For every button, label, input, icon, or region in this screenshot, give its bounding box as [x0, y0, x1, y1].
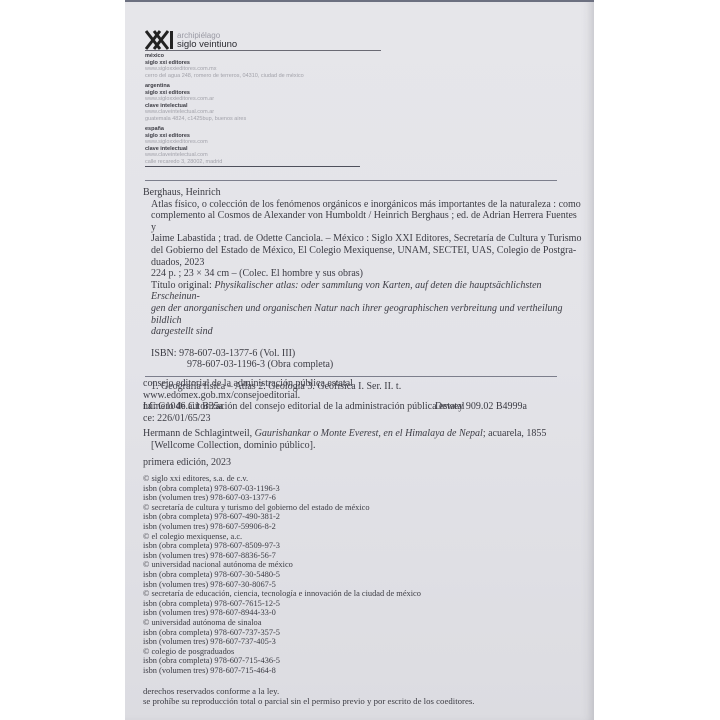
copyright-line: isbn (obra completa) 978-607-737-357-5 — [143, 628, 421, 638]
publisher-argentina: argentina siglo xxi editores www.sigloxx… — [145, 83, 345, 122]
copyright-line: © el colegio mexiquense, a.c. — [143, 532, 421, 542]
copyright-line: isbn (volumen tres) 978-607-715-464-8 — [143, 666, 421, 676]
siglo-xxi-logo-icon — [145, 30, 175, 50]
copyright-line: isbn (obra completa) 978-607-8509-97-3 — [143, 541, 421, 551]
catalog-top-rule — [145, 180, 557, 181]
publisher-spain: españa siglo xxi editores www.sigloxxied… — [145, 126, 345, 165]
copyright-line: isbn (obra completa) 978-607-715-436-5 — [143, 656, 421, 666]
isbn-label: ISBN: — [151, 348, 179, 359]
cover-medium: ; acuarela, 1855 — [483, 428, 547, 439]
copyright-line: isbn (volumen tres) 978-607-30-8067-5 — [143, 580, 421, 590]
publisher-mexico: méxico siglo xxi editores www.sigloxxied… — [145, 53, 345, 79]
copyright-list: © siglo xxi editores, s.a. de c.v.isbn (… — [143, 474, 421, 675]
rights-line: derechos reservados conforme a la ley. — [143, 686, 475, 696]
copyright-line: © secretaría de cultura y turismo del go… — [143, 503, 421, 513]
isbn-complete: 978-607-03-1196-3 (Obra completa) — [151, 359, 583, 371]
description-line: del Gobierno del Estado de México, El Co… — [151, 245, 583, 257]
copyright-line: © siglo xxi editores, s.a. de c.v. — [143, 474, 421, 484]
copyright-line: isbn (obra completa) 978-607-30-5480-5 — [143, 570, 421, 580]
original-title-label: Título original: — [151, 280, 214, 291]
copyright-line: © universidad nacional autónoma de méxic… — [143, 560, 421, 570]
cover-credit: Hermann de Schlagintweil, Gaurishankar o… — [143, 428, 583, 440]
description-line: Atlas físico, o colección de los fenómen… — [151, 199, 583, 211]
copyright-line: isbn (volumen tres) 978-607-737-405-3 — [143, 637, 421, 647]
copyright-line: isbn (volumen tres) 978-607-8836-56-7 — [143, 551, 421, 561]
catalog-original-title: Título original: Physikalischer atlas: o… — [151, 280, 583, 303]
copyright-line: isbn (obra completa) 978-607-490-381-2 — [143, 512, 421, 522]
publisher-address: calle recaredo 3, 28002, madrid — [145, 159, 345, 166]
description-line: Jaime Labastida ; trad. de Odette Cancio… — [151, 233, 583, 245]
editorial-credits: consejo editorial de la administración p… — [143, 378, 583, 452]
cover-artist: Hermann de Schlagintweil, — [143, 428, 255, 439]
copyright-line: © colegio de posgraduados — [143, 647, 421, 657]
copyright-line: isbn (volumen tres) 978-607-59906-8-2 — [143, 522, 421, 532]
copyright-line: isbn (volumen tres) 978-607-8944-33-0 — [143, 608, 421, 618]
book-page: archipiélago siglo veintiuno méxico sigl… — [125, 0, 594, 720]
rights-notice: derechos reservados conforme a la ley. s… — [143, 686, 475, 707]
credit-line: ce: 226/01/65/23 — [143, 413, 583, 425]
address-divider — [145, 166, 360, 167]
copyright-line: © secretaría de educación, ciencia, tecn… — [143, 589, 421, 599]
cover-title: Gaurishankar o Monte Everest, en el Hima… — [255, 428, 483, 439]
original-title-text: gen der anorganischen und organischen Na… — [151, 303, 563, 326]
catalog-description: Atlas físico, o colección de los fenómen… — [143, 199, 583, 393]
copyright-line: isbn (obra completa) 978-607-03-1196-3 — [143, 484, 421, 494]
credit-line: número de autorización del consejo edito… — [143, 401, 583, 413]
copyright-line: isbn (volumen tres) 978-607-03-1377-6 — [143, 493, 421, 503]
catalog-physical: 224 p. ; 23 × 34 cm – (Colec. El hombre … — [151, 268, 583, 280]
description-line: duados, 2023 — [151, 257, 583, 269]
description-line: complemento al Cosmos de Alexander von H… — [151, 210, 583, 233]
cover-source: [Wellcome Collection, dominio público]. — [143, 440, 583, 452]
publisher-logo: archipiélago siglo veintiuno — [145, 30, 237, 50]
publisher-address: guatemala 4824, c1425bup, buenos aires — [145, 116, 345, 123]
publisher-address: cerro del agua 248, romero de terreros, … — [145, 73, 345, 80]
page-top-edge — [125, 0, 594, 2]
copyright-line: isbn (obra completa) 978-607-7615-12-5 — [143, 599, 421, 609]
rights-line: se prohíbe su reproducción total o parci… — [143, 696, 475, 706]
credit-line: consejo editorial de la administración p… — [143, 378, 583, 390]
original-title-text: dargestellt sind — [151, 326, 213, 337]
logo-divider — [145, 50, 381, 51]
isbn-volume: 978-607-03-1377-6 (Vol. III) — [179, 348, 295, 359]
copyright-line: © universidad autónoma de sinaloa — [143, 618, 421, 628]
publisher-addresses: méxico siglo xxi editores www.sigloxxied… — [145, 53, 345, 169]
credit-line: www.edomex.gob.mx/consejoeditorial. — [143, 390, 583, 402]
edition-statement: primera edición, 2023 — [143, 457, 231, 468]
catalog-author: Berghaus, Heinrich — [143, 187, 583, 199]
catalog-isbn: ISBN: 978-607-03-1377-6 (Vol. III) — [151, 348, 583, 360]
catalog-bottom-rule — [145, 376, 557, 377]
logo-title: siglo veintiuno — [177, 40, 237, 49]
